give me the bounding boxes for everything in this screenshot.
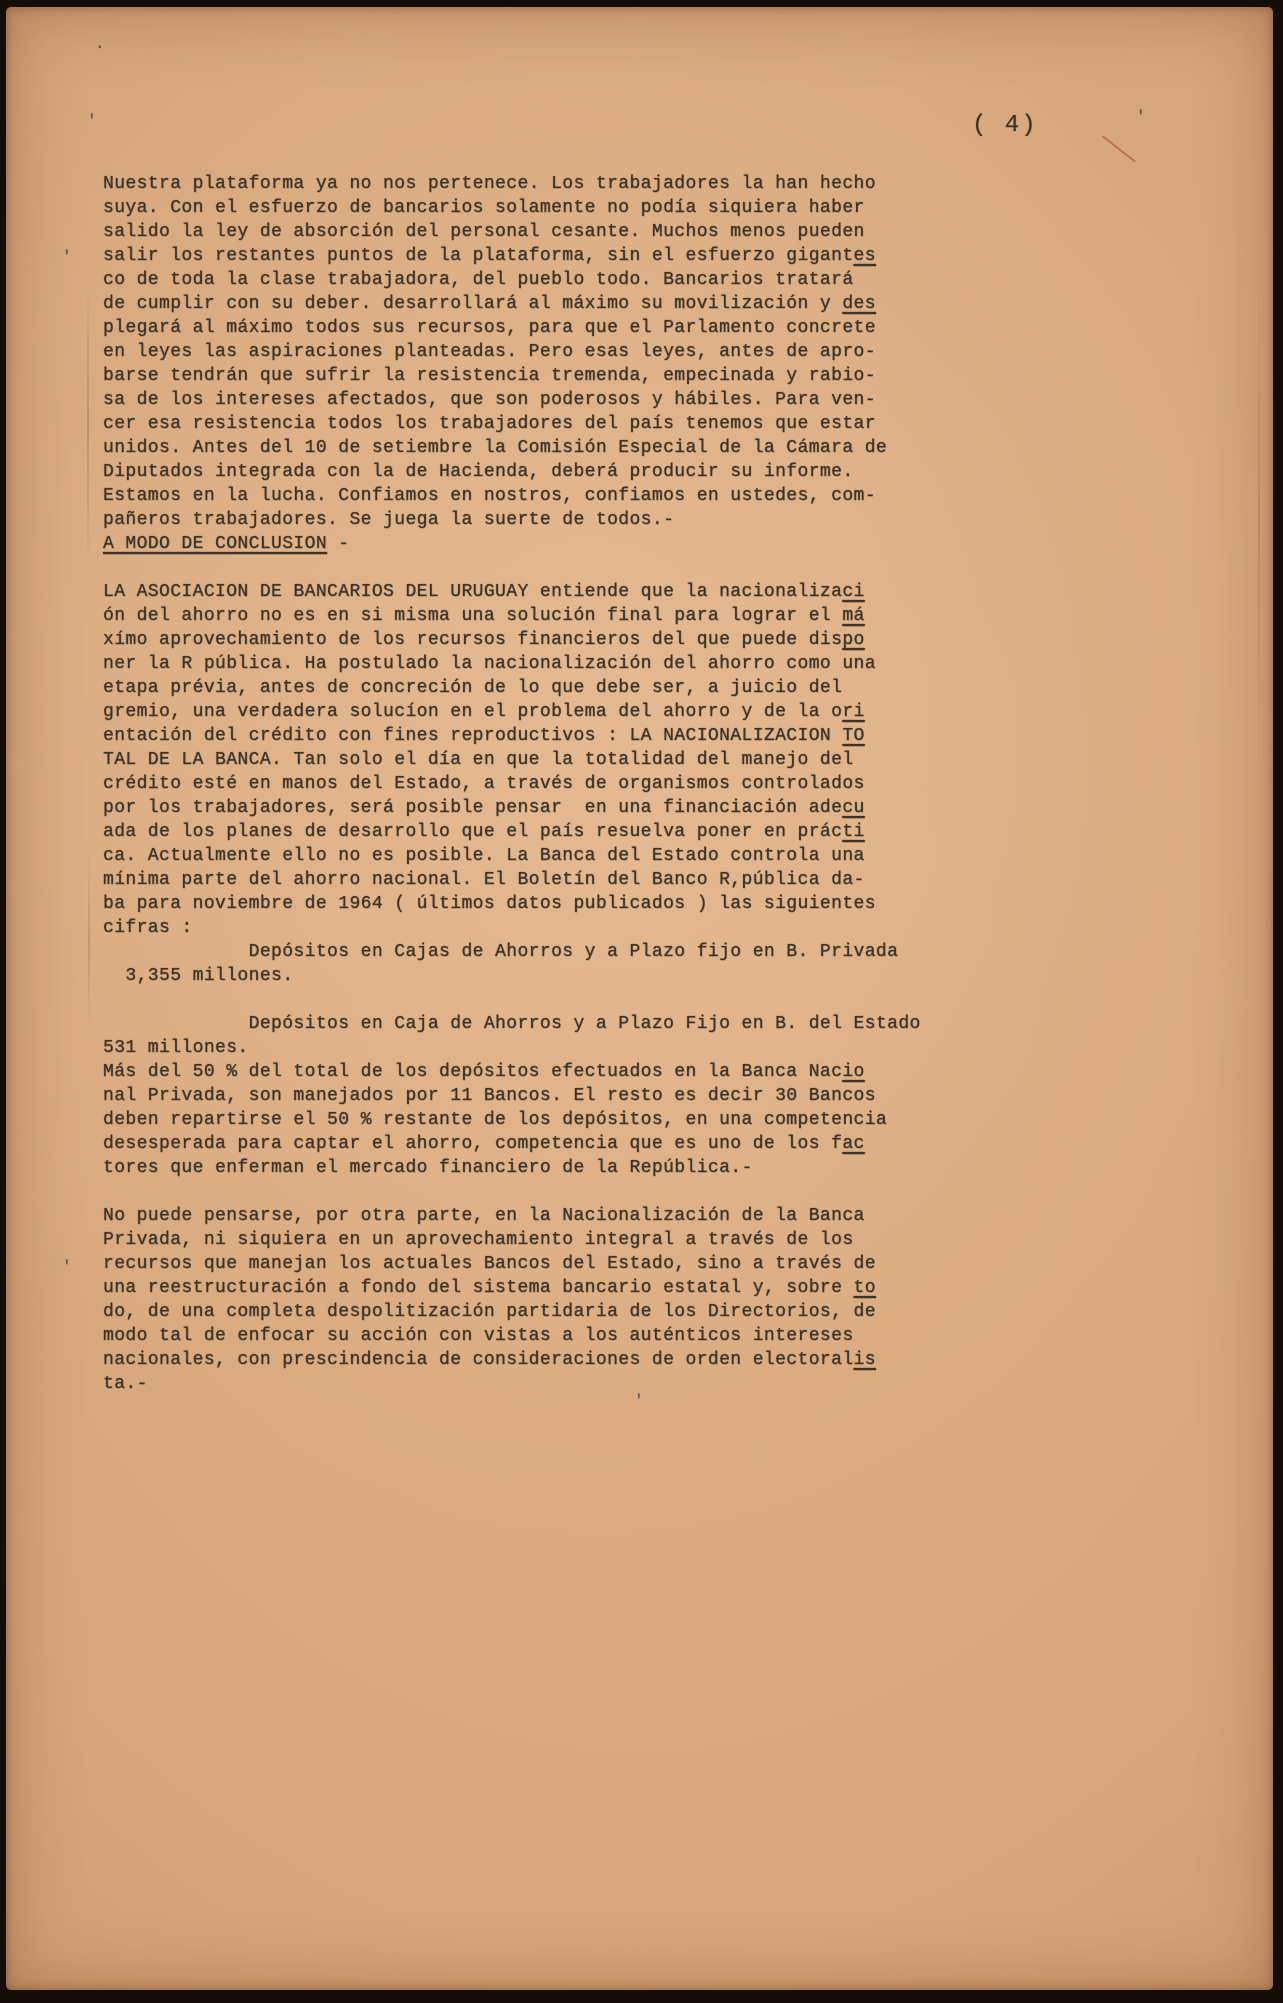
- text-line: ta.-: [103, 1372, 1003, 1396]
- text-line: gremio, una verdadera solucíon en el pro…: [103, 700, 1003, 724]
- text-segment: ta.-: [103, 1374, 148, 1394]
- text-segment: crédito esté en manos del Estado, a trav…: [103, 774, 865, 794]
- text-line: recursos que manejan los actuales Bancos…: [103, 1252, 1003, 1276]
- text-segment: por los trabajadores, será posible pensa…: [103, 798, 842, 818]
- text-line: deben repartirse el 50 % restante de los…: [103, 1108, 1003, 1132]
- text-segment: Privada, ni siquiera en un aprovechamien…: [103, 1230, 854, 1250]
- text-line: mínima parte del ahorro nacional. El Bol…: [103, 868, 1003, 892]
- text-line: TAL DE LA BANCA. Tan solo el día en que …: [103, 748, 1003, 772]
- text-line: Nuestra plataforma ya no nos pertenece. …: [103, 172, 1003, 196]
- text-line: 531 millones.: [103, 1036, 1003, 1060]
- text-line: Diputados integrada con la de Hacienda, …: [103, 460, 1003, 484]
- underlined-text: es: [854, 246, 876, 266]
- text-segment: de cumplir con su deber. desarrollará al…: [103, 294, 842, 314]
- text-segment: suya. Con el esfuerzo de bancarios solam…: [103, 198, 865, 218]
- text-segment: barse tendrán que sufrir la resistencia …: [103, 366, 876, 386]
- text-segment: deben repartirse el 50 % restante de los…: [103, 1110, 887, 1130]
- stray-mark: ': [62, 1258, 72, 1276]
- text-line: Depósitos en Caja de Ahorros y a Plazo F…: [103, 1012, 1003, 1036]
- text-line: modo tal de enfocar su acción con vistas…: [103, 1324, 1003, 1348]
- underlined-text: cu: [842, 798, 864, 818]
- text-segment: LA ASOCIACION DE BANCARIOS DEL URUGUAY e…: [103, 582, 842, 602]
- text-line: do, de una completa despolitización part…: [103, 1300, 1003, 1324]
- text-line: Estamos en la lucha. Confiamos en nostro…: [103, 484, 1003, 508]
- stray-mark: ': [1136, 108, 1146, 126]
- text-segment: TAL DE LA BANCA. Tan solo el día en que …: [103, 750, 854, 770]
- text-segment: ca. Actualmente ello no es posible. La B…: [103, 846, 865, 866]
- text-line: co de toda la clase trabajadora, del pue…: [103, 268, 1003, 292]
- text-segment: ada de los planes de desarrollo que el p…: [103, 822, 842, 842]
- text-line: sa de los intereses afectados, que son p…: [103, 388, 1003, 412]
- text-line: A MODO DE CONCLUSION -: [103, 532, 1003, 556]
- underlined-text: ti: [842, 822, 864, 842]
- text-line: tores que enferman el mercado financiero…: [103, 1156, 1003, 1180]
- text-segment: en leyes las aspiraciones planteadas. Pe…: [103, 342, 876, 362]
- text-segment: mínima parte del ahorro nacional. El Bol…: [103, 870, 865, 890]
- text-line: plegará al máximo todos sus recursos, pa…: [103, 316, 1003, 340]
- text-line: entación del crédito con fines reproduct…: [103, 724, 1003, 748]
- text-segment: salir los restantes puntos de la platafo…: [103, 246, 854, 266]
- underlined-text: des: [842, 294, 876, 314]
- text-line: xímo aprovechamiento de los recursos fin…: [103, 628, 1003, 652]
- stray-mark: ': [87, 112, 97, 130]
- text-line: pañeros trabajadores. Se juega la suerte…: [103, 508, 1003, 532]
- text-line: [103, 1180, 1003, 1204]
- text-line: nacionales, con prescindencia de conside…: [103, 1348, 1003, 1372]
- text-segment: sa de los intereses afectados, que son p…: [103, 390, 876, 410]
- text-line: ner la R pública. Ha postulado la nacion…: [103, 652, 1003, 676]
- text-segment: modo tal de enfocar su acción con vistas…: [103, 1326, 854, 1346]
- text-line: por los trabajadores, será posible pensa…: [103, 796, 1003, 820]
- text-line: suya. Con el esfuerzo de bancarios solam…: [103, 196, 1003, 220]
- text-segment: xímo aprovechamiento de los recursos fin…: [103, 630, 842, 650]
- underlined-text: is: [854, 1350, 876, 1370]
- text-segment: desesperada para captar el ahorro, compe…: [103, 1134, 842, 1154]
- text-segment: No puede pensarse, por otra parte, en la…: [103, 1206, 865, 1226]
- text-segment: nacionales, con prescindencia de conside…: [103, 1350, 854, 1370]
- text-segment: Nuestra plataforma ya no nos pertenece. …: [103, 174, 876, 194]
- text-line: cer esa resistencia todos los trabajador…: [103, 412, 1003, 436]
- text-line: No puede pensarse, por otra parte, en la…: [103, 1204, 1003, 1228]
- text-line: ca. Actualmente ello no es posible. La B…: [103, 844, 1003, 868]
- underlined-text: ac: [842, 1134, 864, 1154]
- text-line: Depósitos en Cajas de Ahorros y a Plazo …: [103, 940, 1003, 964]
- text-line: cifras :: [103, 916, 1003, 940]
- page-number: ( 4): [972, 112, 1038, 139]
- text-line: en leyes las aspiraciones planteadas. Pe…: [103, 340, 1003, 364]
- text-line: etapa prévia, antes de concreción de lo …: [103, 676, 1003, 700]
- text-line: desesperada para captar el ahorro, compe…: [103, 1132, 1003, 1156]
- text-segment: Diputados integrada con la de Hacienda, …: [103, 462, 854, 482]
- text-segment: pañeros trabajadores. Se juega la suerte…: [103, 510, 674, 530]
- text-line: Privada, ni siquiera en un aprovechamien…: [103, 1228, 1003, 1252]
- underlined-text: ri: [842, 702, 864, 722]
- text-segment: una reestructuración a fondo del sistema…: [103, 1278, 854, 1298]
- text-segment: gremio, una verdadera solucíon en el pro…: [103, 702, 842, 722]
- text-segment: cer esa resistencia todos los trabajador…: [103, 414, 876, 434]
- photo-background: ( 4) Nuestra plataforma ya no nos perten…: [0, 0, 1283, 2003]
- underlined-text: po: [842, 630, 864, 650]
- text-segment: plegará al máximo todos sus recursos, pa…: [103, 318, 876, 338]
- text-segment: 3,355 millones.: [103, 966, 293, 986]
- text-line: Más del 50 % del total de los depósitos …: [103, 1060, 1003, 1084]
- text-line: salido la ley de absorción del personal …: [103, 220, 1003, 244]
- stray-mark: ': [634, 1392, 644, 1410]
- text-line: [103, 988, 1003, 1012]
- text-segment: unidos. Antes del 10 de setiembre la Com…: [103, 438, 887, 458]
- text-segment: etapa prévia, antes de concreción de lo …: [103, 678, 842, 698]
- underlined-text: to: [854, 1278, 876, 1298]
- text-segment: Estamos en la lucha. Confiamos en nostro…: [103, 486, 876, 506]
- text-line: crédito esté en manos del Estado, a trav…: [103, 772, 1003, 796]
- text-line: barse tendrán que sufrir la resistencia …: [103, 364, 1003, 388]
- text-segment: nal Privada, son manejados por 11 Bancos…: [103, 1086, 876, 1106]
- underlined-text: má: [842, 606, 864, 626]
- underlined-text: TO: [842, 726, 864, 746]
- text-segment: ón del ahorro no es en si misma una solu…: [103, 606, 842, 626]
- text-line: ón del ahorro no es en si misma una solu…: [103, 604, 1003, 628]
- text-segment: tores que enferman el mercado financiero…: [103, 1158, 753, 1178]
- text-segment: do, de una completa despolitización part…: [103, 1302, 876, 1322]
- text-segment: cifras :: [103, 918, 193, 938]
- text-segment: ner la R pública. Ha postulado la nacion…: [103, 654, 876, 674]
- text-segment: recursos que manejan los actuales Bancos…: [103, 1254, 876, 1274]
- text-line: de cumplir con su deber. desarrollará al…: [103, 292, 1003, 316]
- text-segment: Más del 50 % del total de los depósitos …: [103, 1062, 842, 1082]
- text-line: unidos. Antes del 10 de setiembre la Com…: [103, 436, 1003, 460]
- text-line: LA ASOCIACION DE BANCARIOS DEL URUGUAY e…: [103, 580, 1003, 604]
- text-segment: ba para noviembre de 1964 ( últimos dato…: [103, 894, 876, 914]
- text-line: una reestructuración a fondo del sistema…: [103, 1276, 1003, 1300]
- underlined-text: A MODO DE CONCLUSION: [103, 534, 327, 554]
- text-line: ada de los planes de desarrollo que el p…: [103, 820, 1003, 844]
- text-line: ba para noviembre de 1964 ( últimos dato…: [103, 892, 1003, 916]
- text-segment: co de toda la clase trabajadora, del pue…: [103, 270, 854, 290]
- text-segment: Depósitos en Caja de Ahorros y a Plazo F…: [103, 1014, 921, 1034]
- text-line: [103, 556, 1003, 580]
- text-segment: -: [327, 534, 349, 554]
- text-segment: salido la ley de absorción del personal …: [103, 222, 865, 242]
- stray-mark: ': [62, 248, 72, 266]
- text-segment: Depósitos en Cajas de Ahorros y a Plazo …: [103, 942, 898, 962]
- text-line: salir los restantes puntos de la platafo…: [103, 244, 1003, 268]
- underlined-text: io: [842, 1062, 864, 1082]
- text-line: 3,355 millones.: [103, 964, 1003, 988]
- underlined-text: ci: [842, 582, 864, 602]
- stray-mark: ·: [95, 38, 105, 56]
- text-segment: 531 millones.: [103, 1038, 249, 1058]
- text-segment: entación del crédito con fines reproduct…: [103, 726, 842, 746]
- text-line: nal Privada, son manejados por 11 Bancos…: [103, 1084, 1003, 1108]
- document-text: Nuestra plataforma ya no nos pertenece. …: [103, 172, 1003, 1396]
